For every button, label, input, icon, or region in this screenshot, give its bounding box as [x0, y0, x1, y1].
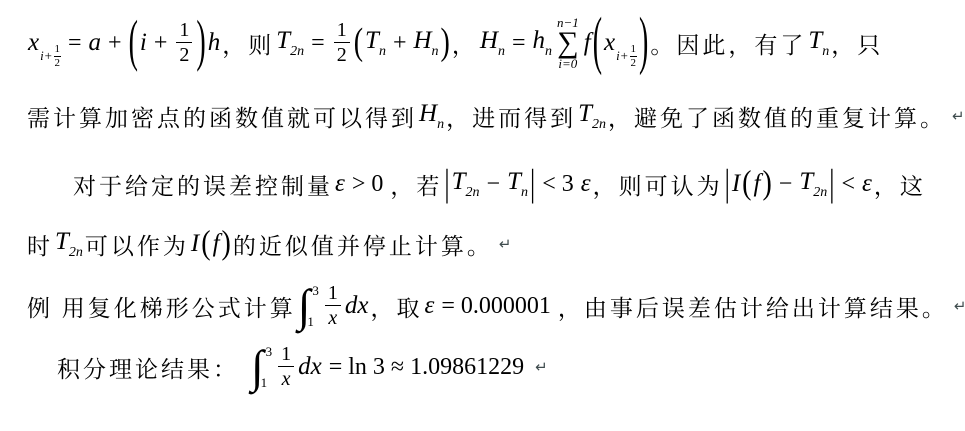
close-paren: ): [222, 227, 231, 261]
math-var: h: [208, 29, 221, 57]
fraction-one-half: 12: [176, 19, 192, 67]
sum-lower-limit: i=0: [558, 57, 577, 70]
math-Hn: Hn: [413, 27, 438, 60]
sigma-icon: ∑: [557, 29, 578, 58]
open-paren: (: [593, 11, 602, 75]
cn-text: ，由事后误差估计给出计算结果。: [558, 290, 948, 323]
cn-text: 时: [27, 228, 53, 261]
math-var: a: [89, 29, 102, 57]
epsilon-var: ε: [581, 170, 591, 198]
integral-lower-limit: 1: [261, 376, 273, 389]
epsilon-var: ε: [862, 170, 872, 198]
equals-sign: =: [68, 30, 82, 57]
text-line-2: 需计算加密点的函数值就可以得到 Hn ，进而得到 T2n ，避免了函数值的重复计…: [27, 96, 965, 136]
equals-sign: =: [311, 30, 325, 57]
math-sub-text: i+: [616, 48, 628, 64]
fraction-denominator: x: [282, 367, 291, 391]
result-value: = ln 3 ≈ 1.09861229: [329, 354, 524, 381]
math-Tn: Tn: [808, 27, 829, 60]
math-T2n: T2n: [55, 228, 83, 261]
math-func-f: f: [213, 230, 220, 258]
fraction-numerator: 1: [334, 19, 350, 43]
math-subscript: i+12: [616, 43, 637, 68]
formula-line-1: xi+12 = a + ( i + 12 ) h ，则 T2n = 12 ( T…: [28, 4, 883, 82]
fraction-one-over-x: 1x: [325, 282, 341, 330]
math-var: H: [413, 27, 431, 54]
math-var-I: I: [191, 230, 199, 258]
close-paren: ): [441, 24, 450, 62]
cn-text: ，这: [874, 168, 926, 201]
inequality: < 3: [542, 171, 574, 198]
close-paren: ): [196, 14, 205, 71]
math-x-half-subscript: xi+12: [28, 29, 61, 57]
math-var: T: [452, 168, 466, 195]
math-var: H: [480, 27, 498, 54]
math-subscript: n: [432, 44, 439, 59]
equals-sign: =: [512, 30, 526, 57]
close-paren: ): [762, 167, 771, 201]
open-paren: (: [201, 227, 210, 261]
minus-sign: −: [487, 171, 501, 198]
integral-upper-limit: 3: [266, 345, 273, 358]
cn-text: 需计算加密点的函数值就可以得到: [27, 100, 417, 133]
integral-lower-limit: 1: [307, 315, 319, 328]
math-hn: hn: [532, 27, 552, 60]
math-Tn: Tn: [365, 27, 386, 60]
small-fraction: 12: [54, 43, 62, 68]
math-T2n: T2n: [452, 168, 480, 201]
math-Tn: Tn: [507, 168, 528, 201]
math-sub-text: i+: [40, 48, 52, 64]
open-paren: (: [354, 24, 363, 62]
cn-text: 可以作为: [85, 228, 189, 261]
paragraph-mark-icon: ↵: [535, 358, 548, 376]
cn-text: ，避免了函数值的重复计算。: [608, 100, 946, 133]
open-paren: (: [742, 167, 751, 201]
cn-text: 例 用复化梯形公式计算: [27, 290, 296, 323]
abs-bar: |: [444, 165, 449, 203]
paragraph-mark-icon: ↵: [952, 107, 965, 125]
math-dx: dx: [345, 292, 369, 320]
epsilon-var: ε: [424, 292, 434, 320]
cn-text: ，取: [370, 290, 422, 323]
math-var: T: [578, 100, 592, 127]
math-var: H: [419, 100, 437, 127]
cn-text: 的近似值并停止计算。: [233, 228, 493, 261]
cn-text: 积分理论结果：: [57, 351, 239, 384]
text-line-6: 积分理论结果： ∫31 1x dx = ln 3 ≈ 1.09861229 ↵: [57, 339, 548, 395]
cn-text: ，则: [222, 27, 274, 60]
small-fraction: 12: [630, 43, 638, 68]
fraction-numerator: 1: [54, 43, 62, 56]
minus-sign: −: [779, 171, 793, 198]
summation: n−1∑i=0: [557, 16, 579, 71]
math-subscript: n: [521, 185, 528, 200]
epsilon-var: ε: [335, 170, 345, 198]
integral-1-to-3: ∫31: [298, 284, 319, 328]
integral-upper-limit: 3: [312, 284, 319, 297]
inequality: <: [841, 171, 855, 198]
math-x-half-subscript: xi+12: [604, 29, 637, 57]
integral-limits: 31: [307, 284, 319, 328]
math-var: T: [507, 168, 521, 195]
math-subscript: 2n: [466, 185, 480, 200]
abs-bar: |: [725, 165, 730, 203]
fraction-denominator: x: [328, 306, 337, 330]
fraction-numerator: 1: [630, 43, 638, 56]
math-var: T: [55, 228, 69, 255]
math-subscript: n: [545, 44, 552, 59]
text-line-3: 对于给定的误差控制量 ε > 0 ，若 | T2n − Tn | < 3 ε ，…: [73, 162, 926, 206]
cn-comma: ，: [452, 27, 478, 60]
math-subscript: n: [379, 44, 386, 59]
open-paren: (: [129, 14, 138, 71]
fraction-denominator: 2: [179, 43, 189, 67]
paragraph-mark-icon: ↵: [499, 235, 512, 253]
cn-text: ，进而得到: [446, 100, 576, 133]
integral-1-to-3: ∫31: [251, 345, 272, 389]
document-page: xi+12 = a + ( i + 12 ) h ，则 T2n = 12 ( T…: [0, 0, 965, 431]
math-T2n: T2n: [276, 27, 304, 60]
math-func-f: f: [753, 170, 760, 198]
fraction-denominator: 2: [55, 57, 61, 69]
text-line-4: 时 T2n 可以作为 I ( f ) 的近似值并停止计算。 ↵: [27, 222, 511, 266]
fraction-numerator: 1: [325, 282, 341, 306]
math-subscript: n: [437, 117, 444, 132]
math-var: x: [28, 29, 39, 57]
math-Hn: Hn: [419, 100, 444, 133]
math-subscript: i+12: [40, 43, 61, 68]
math-var: h: [532, 27, 545, 54]
plus-sign: +: [154, 30, 168, 57]
math-T2n: T2n: [578, 100, 606, 133]
math-var: T: [799, 168, 813, 195]
math-var-I: I: [732, 170, 740, 198]
cn-text: ，只: [831, 27, 883, 60]
math-subscript: 2n: [69, 245, 83, 260]
paragraph-mark-icon: ↵: [954, 297, 965, 315]
abs-bar: |: [829, 165, 834, 203]
cn-text: 对于给定的误差控制量: [73, 168, 333, 201]
fraction-numerator: 1: [278, 343, 294, 367]
inequality: > 0: [352, 171, 384, 198]
math-func-f: f: [584, 29, 591, 57]
math-subscript: 2n: [592, 117, 606, 132]
math-var: x: [604, 29, 615, 57]
math-subscript: n: [498, 44, 505, 59]
cn-text: ，则可认为: [593, 168, 723, 201]
abs-bar: |: [530, 165, 535, 203]
text-line-5: 例 用复化梯形公式计算 ∫31 1x dx ，取 ε = 0.000001 ，由…: [27, 279, 965, 333]
fraction-one-half: 12: [334, 19, 350, 67]
integral-limits: 31: [261, 345, 273, 389]
math-subscript: 2n: [813, 185, 827, 200]
math-var: T: [808, 27, 822, 54]
plus-sign: +: [108, 30, 122, 57]
cn-text: ，若: [390, 168, 442, 201]
math-T2n: T2n: [799, 168, 827, 201]
epsilon-value: = 0.000001: [441, 293, 551, 320]
math-var: T: [276, 27, 290, 54]
fraction-denominator: 2: [631, 57, 637, 69]
math-Hn: Hn: [480, 27, 505, 60]
math-var: i: [140, 29, 147, 57]
close-paren: ): [639, 11, 648, 75]
math-subscript: n: [822, 44, 829, 59]
cn-text: 。因此，有了: [650, 27, 806, 60]
fraction-denominator: 2: [337, 43, 347, 67]
fraction-one-over-x: 1x: [278, 343, 294, 391]
math-var: T: [365, 27, 379, 54]
math-dx: dx: [298, 353, 322, 381]
math-subscript: 2n: [290, 44, 304, 59]
fraction-numerator: 1: [176, 19, 192, 43]
plus-sign: +: [393, 30, 407, 57]
